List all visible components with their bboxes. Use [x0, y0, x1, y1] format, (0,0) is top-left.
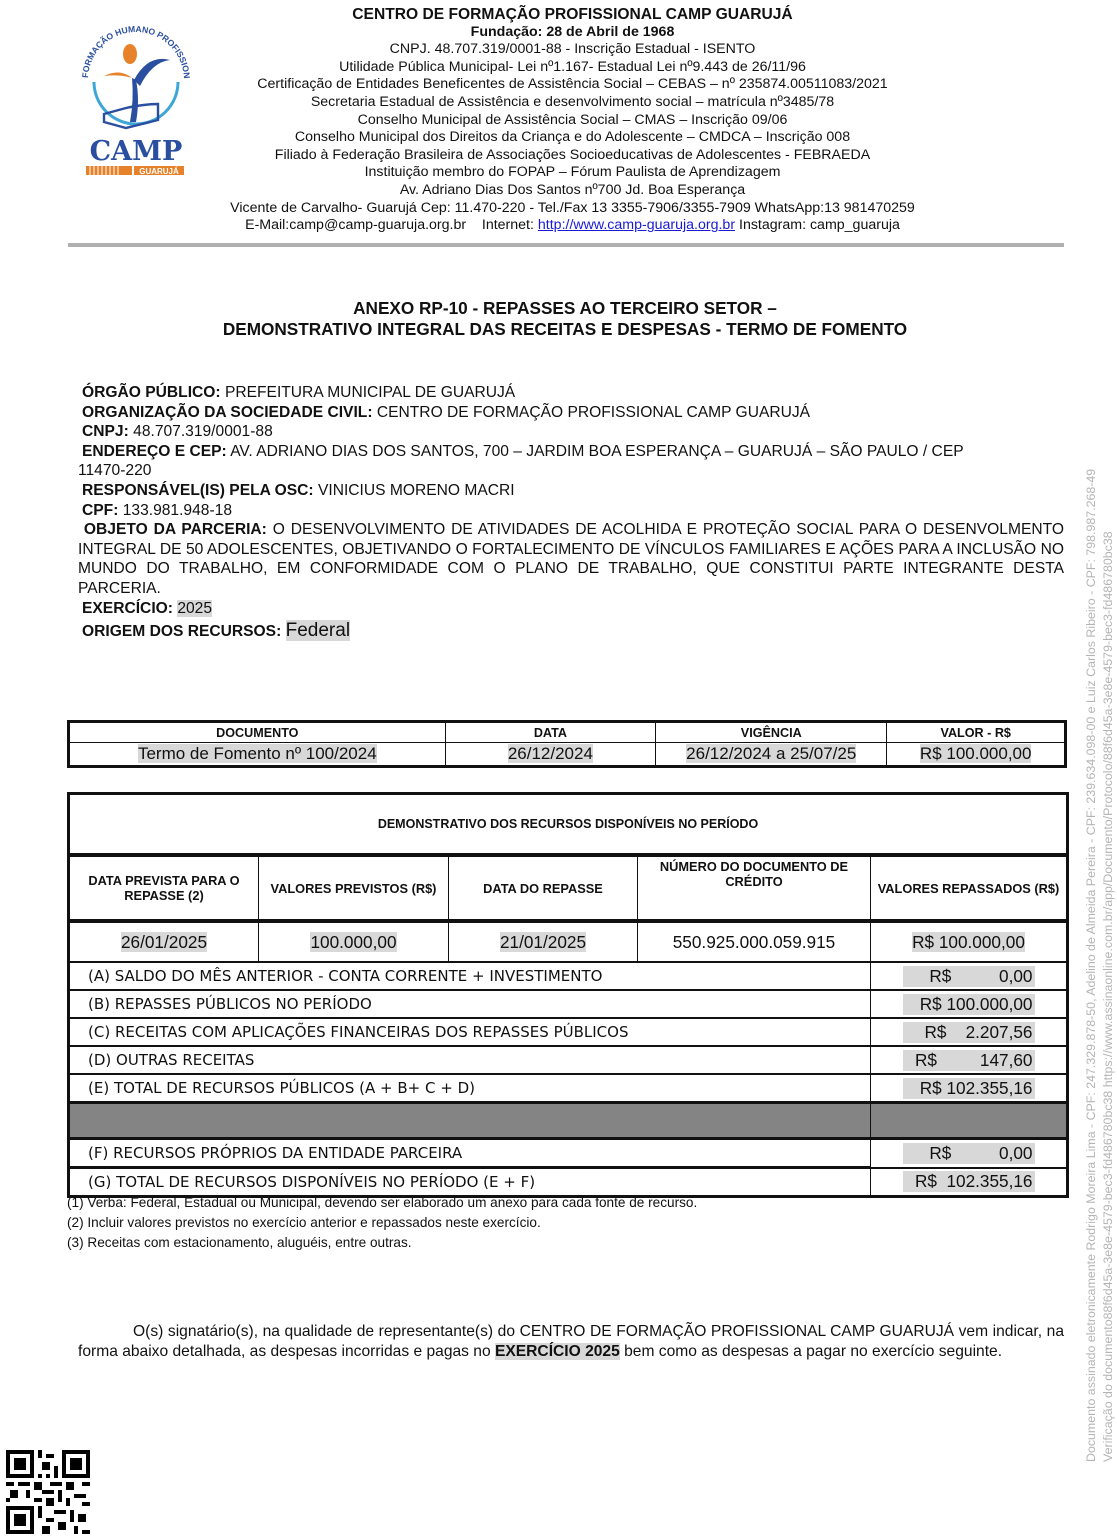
summary-amount: R$ 2.207,56 [871, 1018, 1068, 1046]
resources-table: DEMONSTRATIVO DOS RECURSOS DISPONÍVEIS N… [67, 792, 1069, 1198]
letterhead-line: Utilidade Pública Municipal- Lei nº1.167… [190, 59, 955, 77]
table-row: 26/01/2025 100.000,00 21/01/2025 550.925… [69, 921, 1068, 962]
info-cep: 11470-220 [78, 461, 1064, 481]
document-table-header: DOCUMENTO DATA VIGÊNCIA VALOR - R$ [69, 722, 1066, 743]
amount-value: R$ 2.207,56 [903, 1022, 1035, 1043]
label: ORIGEM DOS RECURSOS: [82, 623, 281, 640]
resources-caption-row: DEMONSTRATIVO DOS RECURSOS DISPONÍVEIS N… [69, 794, 1068, 856]
instagram: Instagram: camp_guaruja [739, 217, 900, 233]
summary-row-e: (E) TOTAL DE RECURSOS PÚBLICOS (A + B+ C… [69, 1074, 1068, 1103]
value: PREFEITURA MUNICIPAL DE GUARUJÁ [225, 384, 515, 401]
label: ORGANIZAÇÃO DA SOCIEDADE CIVIL: [82, 404, 373, 421]
cell-value: 550.925.000.059.915 [673, 932, 835, 952]
page-title: ANEXO RP-10 - REPASSES AO TERCEIRO SETOR… [60, 298, 1070, 340]
value: 48.707.319/0001-88 [133, 423, 273, 440]
resources-header: DATA PREVISTA PARA O REPASSE (2) VALORES… [69, 855, 1068, 921]
summary-amount: R$ 0,00 [871, 962, 1068, 990]
info-cnpj: CNPJ: 48.707.319/0001-88 [78, 422, 1064, 442]
cell: Termo de Fomento nº 100/2024 [69, 743, 446, 767]
cell-value: 26/12/2024 [508, 744, 593, 763]
stamp-line-1: Documento assinado eletronicamente Rodri… [1083, 382, 1100, 1462]
label: RESPONSÁVEL(IS) PELA OSC: [82, 482, 314, 499]
letterhead-line: Certificação de Entidades Beneficentes d… [190, 76, 955, 94]
label: CNPJ: [82, 423, 129, 440]
internet-label: Internet: [482, 217, 534, 233]
letterhead: CENTRO DE FORMAÇÃO PROFISSIONAL CAMP GUA… [190, 6, 955, 235]
col-valores-repassados: VALORES REPASSADOS (R$) [871, 855, 1068, 921]
info-block: ÓRGÃO PÚBLICO: PREFEITURA MUNICIPAL DE G… [78, 383, 1064, 642]
summary-row-a: (A) SALDO DO MÊS ANTERIOR - CONTA CORREN… [69, 962, 1068, 990]
col-data-prevista: DATA PREVISTA PARA O REPASSE (2) [69, 855, 259, 921]
cell-value: Termo de Fomento nº 100/2024 [138, 744, 377, 763]
amount-value: R$ 0,00 [903, 966, 1035, 987]
summary-label: (E) TOTAL DE RECURSOS PÚBLICOS (A + B+ C… [69, 1074, 871, 1103]
summary-amount: R$ 102.355,16 [871, 1074, 1068, 1103]
label: CPF: [82, 502, 118, 519]
letterhead-line: Vicente de Carvalho- Guarujá Cep: 11.470… [190, 200, 955, 218]
cell: 26/01/2025 [69, 921, 259, 962]
svg-text:GUARUJÁ: GUARUJÁ [139, 167, 179, 176]
label: ENDEREÇO E CEP: [82, 443, 227, 460]
value: CENTRO DE FORMAÇÃO PROFISSIONAL CAMP GUA… [377, 404, 810, 421]
separator-cell [69, 1103, 871, 1139]
summary-label: (F) RECURSOS PRÓPRIOS DA ENTIDADE PARCEI… [69, 1139, 871, 1168]
info-objeto: OBJETO DA PARCERIA: O DESENVOLVIMENTO DE… [78, 520, 1064, 598]
declaration-paragraph: O(s) signatário(s), na qualidade de repr… [78, 1322, 1064, 1362]
website-link[interactable]: http://www.camp-guaruja.org.br [538, 217, 735, 233]
cell: R$ 100.000,00 [871, 921, 1068, 962]
stamp-line-2: Verificação do documento88f6d45a-3e8e-45… [1100, 382, 1117, 1462]
cell: 21/01/2025 [449, 921, 638, 962]
title-line-1: ANEXO RP-10 - REPASSES AO TERCEIRO SETOR… [60, 298, 1070, 319]
table-row: Termo de Fomento nº 100/2024 26/12/2024 … [69, 743, 1066, 767]
footnotes: (1) Verba: Federal, Estadual ou Municipa… [67, 1193, 697, 1253]
summary-label: (C) RECEITAS COM APLICAÇÕES FINANCEIRAS … [69, 1018, 871, 1046]
cell: 550.925.000.059.915 [638, 921, 871, 962]
amount-value: R$ 0,00 [903, 1143, 1035, 1164]
footnote: (2) Incluir valores previstos no exercíc… [67, 1213, 697, 1233]
col-data: DATA [445, 722, 655, 743]
value: 2025 [177, 600, 212, 617]
contact-line: E-Mail:camp@camp-guaruja.org.br Internet… [190, 217, 955, 235]
org-name: CENTRO DE FORMAÇÃO PROFISSIONAL CAMP GUA… [190, 6, 955, 24]
info-endereco: ENDEREÇO E CEP: AV. ADRIANO DIAS DOS SAN… [78, 442, 1064, 462]
founded-date: Fundação: 28 de Abril de 1968 [190, 24, 955, 42]
letterhead-line: Conselho Municipal de Assistência Social… [190, 112, 955, 130]
col-valor: VALOR - R$ [887, 722, 1066, 743]
summary-row-f: (F) RECURSOS PRÓPRIOS DA ENTIDADE PARCEI… [69, 1139, 1068, 1168]
summary-amount: R$ 102.355,16 [871, 1168, 1068, 1197]
info-orgao: ÓRGÃO PÚBLICO: PREFEITURA MUNICIPAL DE G… [78, 383, 1064, 403]
col-data-repasse: DATA DO REPASSE [449, 855, 638, 921]
amount-value: R$ 102.355,16 [903, 1171, 1035, 1192]
label: OBJETO DA PARCERIA: [84, 521, 267, 538]
info-origem: ORIGEM DOS RECURSOS: Federal [78, 621, 1064, 642]
cell-value: 26/12/2024 a 25/07/25 [686, 744, 856, 763]
letterhead-line: Conselho Municipal dos Direitos da Crian… [190, 129, 955, 147]
camp-logo: FORMAÇÃO HUMANO PROFISSIONAL CAMP GUARUJ… [74, 10, 198, 180]
footnote: (3) Receitas com estacionamento, aluguéi… [67, 1233, 697, 1253]
resources-caption: DEMONSTRATIVO DOS RECURSOS DISPONÍVEIS N… [69, 794, 1068, 856]
cell: 26/12/2024 [445, 743, 655, 767]
summary-row-c: (C) RECEITAS COM APLICAÇÕES FINANCEIRAS … [69, 1018, 1068, 1046]
label: ÓRGÃO PÚBLICO: [82, 384, 221, 401]
summary-amount: R$ 147,60 [871, 1046, 1068, 1074]
cell: R$ 100.000,00 [887, 743, 1066, 767]
cell-value: 21/01/2025 [500, 932, 586, 952]
separator-row [69, 1103, 1068, 1139]
footnote: (1) Verba: Federal, Estadual ou Municipa… [67, 1193, 697, 1213]
cell: 100.000,00 [259, 921, 449, 962]
letterhead-line: Secretaria Estadual de Assistência e des… [190, 94, 955, 112]
summary-amount: R$ 100.000,00 [871, 990, 1068, 1018]
summary-label: (B) REPASSES PÚBLICOS NO PERÍODO [69, 990, 871, 1018]
info-exercicio: EXERCÍCIO: 2025 [78, 599, 1064, 619]
label: EXERCÍCIO: [82, 600, 173, 617]
letterhead-line: CNPJ. 48.707.319/0001-88 - Inscrição Est… [190, 41, 955, 59]
value: 133.981.948-18 [123, 502, 232, 519]
value: VINICIUS MORENO MACRI [318, 482, 515, 499]
amount-value: R$ 147,60 [903, 1050, 1035, 1071]
col-documento: DOCUMENTO [69, 722, 446, 743]
summary-amount: R$ 0,00 [871, 1139, 1068, 1168]
summary-row-b: (B) REPASSES PÚBLICOS NO PERÍODO R$ 100.… [69, 990, 1068, 1018]
header-divider [68, 243, 1064, 247]
svg-text:CAMP: CAMP [90, 136, 183, 167]
info-responsavel: RESPONSÁVEL(IS) PELA OSC: VINICIUS MOREN… [78, 481, 1064, 501]
separator-cell [871, 1103, 1068, 1139]
info-osc: ORGANIZAÇÃO DA SOCIEDADE CIVIL: CENTRO D… [78, 403, 1064, 423]
cell-value: 26/01/2025 [121, 932, 207, 952]
letterhead-line: Av. Adriano Dias Dos Santos nº700 Jd. Bo… [190, 182, 955, 200]
summary-label: (D) OUTRAS RECEITAS [69, 1046, 871, 1074]
summary-label: (A) SALDO DO MÊS ANTERIOR - CONTA CORREN… [69, 962, 871, 990]
signature-stamp: Documento assinado eletronicamente Rodri… [1083, 382, 1117, 1462]
qr-code-icon[interactable] [6, 1450, 90, 1534]
email: E-Mail:camp@camp-guaruja.org.br [245, 217, 466, 233]
cell-value: R$ 100.000,00 [912, 932, 1025, 952]
cell-value: R$ 100.000,00 [920, 744, 1032, 763]
camp-logo-icon: FORMAÇÃO HUMANO PROFISSIONAL CAMP GUARUJ… [74, 10, 198, 180]
cell-value: 100.000,00 [310, 932, 396, 952]
letterhead-line: Filiado à Federação Brasileira de Associ… [190, 147, 955, 165]
info-cpf: CPF: 133.981.948-18 [78, 501, 1064, 521]
paragraph-highlight: EXERCÍCIO 2025 [495, 1343, 620, 1360]
title-line-2: DEMONSTRATIVO INTEGRAL DAS RECEITAS E DE… [60, 319, 1070, 340]
value: Federal [286, 620, 350, 641]
qr-code-icon-svg [6, 1450, 90, 1534]
cell: 26/12/2024 a 25/07/25 [656, 743, 887, 767]
value: AV. ADRIANO DIAS DOS SANTOS, 700 – JARDI… [230, 443, 963, 460]
col-vigencia: VIGÊNCIA [656, 722, 887, 743]
paragraph-text: bem como as despesas a pagar no exercíci… [620, 1343, 1002, 1360]
document-table: DOCUMENTO DATA VIGÊNCIA VALOR - R$ Termo… [67, 720, 1067, 768]
amount-value: R$ 100.000,00 [903, 994, 1035, 1015]
amount-value: R$ 102.355,16 [903, 1078, 1035, 1099]
col-numero-documento: NÚMERO DO DOCUMENTO DE CRÉDITO [638, 855, 871, 921]
svg-text:FORMAÇÃO HUMANO PROFISSIONAL: FORMAÇÃO HUMANO PROFISSIONAL [74, 10, 192, 79]
summary-row-d: (D) OUTRAS RECEITAS R$ 147,60 [69, 1046, 1068, 1074]
col-valores-previstos: VALORES PREVISTOS (R$) [259, 855, 449, 921]
letterhead-line: Instituição membro do FOPAP – Fórum Paul… [190, 164, 955, 182]
